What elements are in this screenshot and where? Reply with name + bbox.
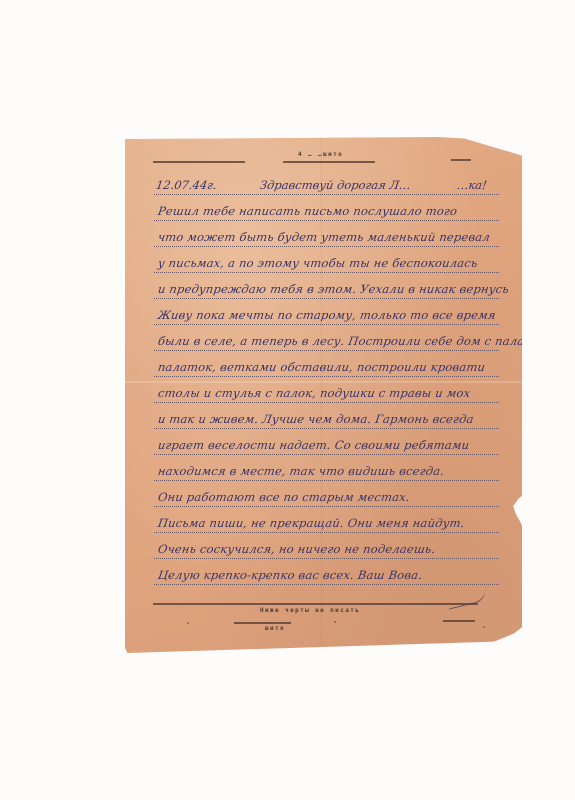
letter-greeting: Здравствуй дорогая Л…: [259, 178, 412, 192]
paper-speck: [390, 647, 392, 649]
letter-line: столы и стулья с палок, подушки с травы …: [154, 376, 499, 403]
letter-line: были в селе, а теперь в лесу. Построили …: [154, 324, 499, 351]
letter-line: Письма пиши, не прекращай. Они меня найд…: [154, 506, 499, 533]
paper-speck: [334, 621, 336, 623]
footer-printed-sublabel: шито: [265, 625, 285, 632]
letter-line: Решил тебе написать письмо послушало тог…: [154, 194, 499, 221]
footer-subrule-right: [443, 620, 475, 622]
letter-line: находимся в месте, так что видишь всегда…: [154, 454, 499, 481]
letter-line: и предупреждаю тебя в этом. Уехали в ник…: [154, 272, 499, 299]
letter-line: играет веселости надает. Со своими ребят…: [154, 428, 499, 455]
signature-flourish: [446, 587, 488, 609]
letter-line: палаток, ветками обставили, построили кр…: [154, 350, 499, 377]
header-printed-label: 4 … …шито: [298, 151, 343, 158]
letter-line: у письмах, а по этому чтобы ты не беспок…: [154, 246, 499, 273]
letter-greeting-end: …ка!: [456, 178, 488, 192]
footer-printed-label: Ниже черты не писать: [260, 607, 360, 614]
paper-speck: [483, 626, 485, 628]
letter-line: Они работают все по старым местах.: [154, 480, 499, 507]
letter-line: и так и живем. Лучше чем дома. Гармонь в…: [154, 402, 499, 429]
paper-speck: [187, 622, 189, 624]
header-rule-center: [283, 161, 375, 163]
letter-line: что может быть будет утеть маленький пер…: [154, 220, 499, 247]
letter-line: Живу пока мечты по старому, только то вс…: [154, 298, 499, 325]
letter-date: 12.07.44г.: [155, 178, 218, 192]
letter-line: Очень соскучился, но ничего не поделаешь…: [154, 532, 499, 559]
header-rule-left: [153, 161, 245, 163]
header-rule-right: [451, 159, 471, 161]
letter-sheet: 4 … …шито 12.07.44г. Здравствуй дорогая …: [125, 137, 522, 653]
footer-subrule-left: [234, 622, 291, 624]
greeting-row: 12.07.44г. Здравствуй дорогая Л… …ка!: [154, 172, 499, 195]
footer-rule: [153, 603, 478, 605]
scanned-page: 4 … …шито 12.07.44г. Здравствуй дорогая …: [0, 0, 575, 800]
letter-line: Целую крепко-крепко вас всех. Ваш Вова.: [154, 558, 499, 585]
